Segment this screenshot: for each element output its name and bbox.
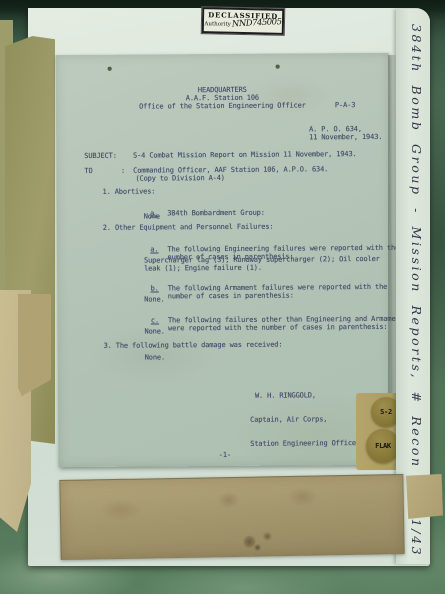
signature-name: W. H. RINGGOLD, — [250, 391, 364, 400]
folder-edge-strip-bottom-mid — [18, 294, 51, 396]
to-copy-line: (Copy to Division A-4) — [135, 174, 224, 183]
authority-label: Authority — [204, 21, 230, 28]
declassified-stamp: DECLASSIFIED AuthorityNND745005 — [202, 7, 285, 35]
date-line: 11 November, 1943. — [309, 133, 382, 142]
signature-rank: Captain, Air Corps, — [250, 415, 364, 424]
item-2c-letter: c. — [151, 316, 159, 324]
item-2c-text: The following failures other than Engine… — [168, 315, 422, 333]
punch-hole-right — [276, 65, 280, 69]
item-2b-text: The following Armament failures were rep… — [168, 283, 422, 301]
item-2a-answer: Supercharger lag (3); Runaway supercharg… — [144, 255, 400, 273]
declassified-stamp-authority: AuthorityNND745005 — [204, 18, 282, 30]
item-2a-letter: a. — [150, 245, 158, 253]
index-tab-s2-label: S-2 — [380, 408, 392, 416]
punch-hole-left — [108, 67, 112, 71]
item-2b-answer: None. — [144, 295, 164, 303]
subject-line: SUBJECT: S-4 Combat Mission Report on Mi… — [84, 150, 356, 160]
item-2b: b.The following Armament failures were r… — [126, 275, 422, 309]
signature-title: Station Engineering Officer. — [250, 439, 364, 448]
authority-number: NND745005 — [231, 17, 281, 29]
office-symbol: P-A-3 — [335, 101, 355, 109]
item-1: 1. Abortives: — [102, 187, 155, 195]
archival-document-photo: DECLASSIFIED AuthorityNND745005 HEADQUAR… — [0, 0, 445, 594]
item-2c: c.The following failures other than Engi… — [126, 307, 422, 341]
item-1a-text: 384th Bombardment Group: — [167, 208, 421, 218]
document-page: HEADQUARTERS A.A.F. Station 106 Office o… — [56, 53, 392, 467]
handwritten-margin-note: 384th Bomb Group - Mission Reports, # Re… — [407, 24, 424, 554]
item-2: 2. Other Equipment and Personnel Failure… — [103, 223, 274, 232]
item-2c-answer: None. — [144, 327, 164, 335]
index-tab-flak: FLAK — [366, 429, 400, 463]
next-page-edge — [59, 474, 404, 560]
item-2b-letter: b. — [151, 284, 159, 292]
item-3: 3. The following battle damage was recei… — [104, 341, 283, 350]
item-3-answer: None. — [145, 353, 165, 361]
index-tab-flak-label: FLAK — [375, 442, 391, 450]
paper-scrap-bottom-right — [406, 474, 443, 519]
item-1a-answer: None — [144, 212, 160, 220]
